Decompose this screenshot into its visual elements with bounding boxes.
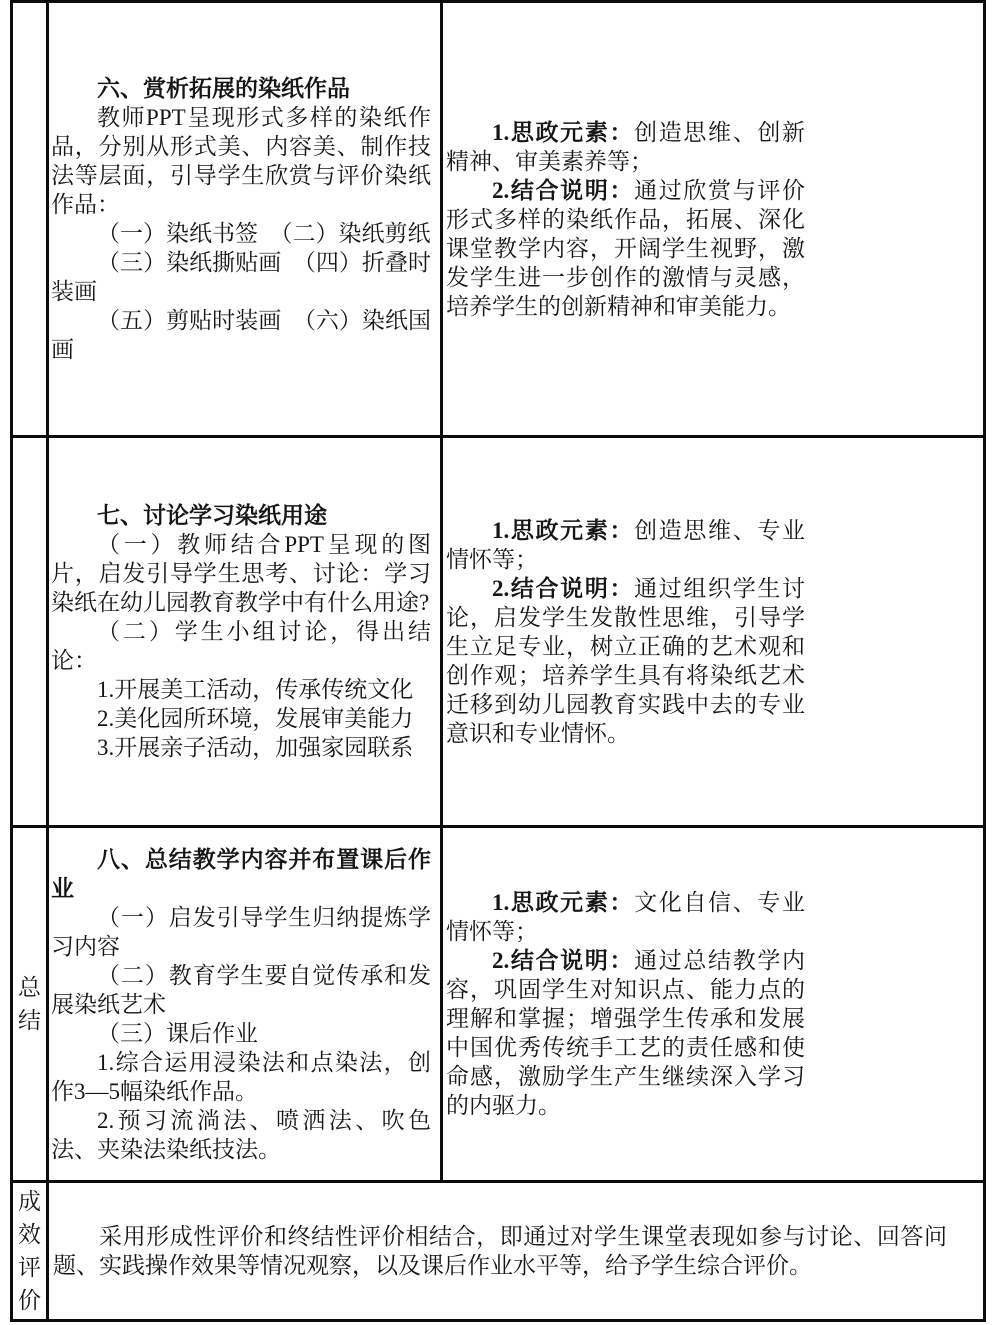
section-heading: 六、赏析拓展的染纸作品 xyxy=(51,74,431,103)
summary-row-label: 总结 xyxy=(18,971,41,1037)
sizheng-note-item: 2.结合说明：通过组织学生讨论，启发学生发散性思维，引导学生立足专业，树立正确的… xyxy=(446,574,805,748)
activity-cell-7: 七、讨论学习染纸用途 （一）教师结合PPT呈现的图片，启发引导学生思考、讨论：学… xyxy=(49,438,443,825)
activity-paragraph: 3.开展亲子活动，加强家园联系 xyxy=(51,733,431,762)
sizheng-cell-8: 1.思政元素：文化自信、专业情怀等； 2.结合说明：通过总结教学内容，巩固学生对… xyxy=(443,828,983,1180)
sizheng-element-item: 1.思政元素：创造思维、专业情怀等； xyxy=(446,516,805,574)
document-page: 六、赏析拓展的染纸作品 教师PPT呈现形式多样的染纸作品，分别从形式美、内容美、… xyxy=(0,0,993,1325)
activity-paragraph: 1.开展美工活动，传承传统文化 xyxy=(51,675,431,704)
sizheng-cell-7: 1.思政元素：创造思维、专业情怀等； 2.结合说明：通过组织学生讨论，启发学生发… xyxy=(443,438,983,825)
sizheng-element-label: 1.思政元素： xyxy=(492,890,634,915)
sizheng-note-label: 2.结合说明： xyxy=(492,178,634,203)
lesson-plan-table: 六、赏析拓展的染纸作品 教师PPT呈现形式多样的染纸作品，分别从形式美、内容美、… xyxy=(10,0,986,1322)
activity-paragraph: （一）染纸书签 （二）染纸剪纸 xyxy=(51,219,431,248)
activity-paragraph: （五）剪贴时装画 （六）染纸国画 xyxy=(51,306,431,364)
label-cell-empty-2 xyxy=(13,438,49,825)
table-row-activity-7: 七、讨论学习染纸用途 （一）教师结合PPT呈现的图片，启发引导学生思考、讨论：学… xyxy=(13,435,983,825)
activity-paragraph: （二）教育学生要自觉传承和发展染纸艺术 xyxy=(51,961,431,1019)
activity-paragraph: （二）学生小组讨论，得出结论： xyxy=(51,617,431,675)
sizheng-note-label: 2.结合说明： xyxy=(492,948,634,973)
activity-paragraph: （三）染纸撕贴画 （四）折叠时装画 xyxy=(51,248,431,306)
sizheng-note-label: 2.结合说明： xyxy=(492,576,634,601)
sizheng-note-text: 通过总结教学内容，巩固学生对知识点、能力点的理解和掌握；增强学生传承和发展中国优… xyxy=(446,948,805,1118)
label-cell-summary: 总结 xyxy=(13,828,49,1180)
section-heading: 七、讨论学习染纸用途 xyxy=(51,501,431,530)
label-cell-evaluation: 成效评价 xyxy=(13,1183,49,1319)
activity-paragraph: （一）启发引导学生归纳提炼学习内容 xyxy=(51,903,431,961)
label-cell-empty-1 xyxy=(13,3,49,435)
sizheng-element-item: 1.思政元素：文化自信、专业情怀等； xyxy=(446,888,805,946)
sizheng-cell-6: 1.思政元素：创造思维、创新精神、审美素养等； 2.结合说明：通过欣赏与评价形式… xyxy=(443,3,983,435)
activity-paragraph: 教师PPT呈现形式多样的染纸作品，分别从形式美、内容美、制作技法等层面，引导学生… xyxy=(51,103,431,219)
section-heading: 八、总结教学内容并布置课后作业 xyxy=(51,845,431,903)
table-row-evaluation: 成效评价 采用形成性评价和终结性评价相结合，即通过对学生课堂表现如参与讨论、回答… xyxy=(13,1180,983,1319)
sizheng-element-label: 1.思政元素： xyxy=(492,120,634,145)
sizheng-note-item: 2.结合说明：通过总结教学内容，巩固学生对知识点、能力点的理解和掌握；增强学生传… xyxy=(446,946,805,1120)
sizheng-note-text: 通过组织学生讨论，启发学生发散性思维，引导学生立足专业，树立正确的艺术观和创作观… xyxy=(446,576,805,746)
activity-cell-8: 八、总结教学内容并布置课后作业 （一）启发引导学生归纳提炼学习内容 （二）教育学… xyxy=(49,828,443,1180)
evaluation-text: 采用形成性评价和终结性评价相结合，即通过对学生课堂表现如参与讨论、回答问题、实践… xyxy=(53,1222,947,1280)
evaluation-cell: 采用形成性评价和终结性评价相结合，即通过对学生课堂表现如参与讨论、回答问题、实践… xyxy=(49,1183,983,1319)
sizheng-element-label: 1.思政元素： xyxy=(492,518,634,543)
activity-paragraph: 1.综合运用浸染法和点染法，创作3—5幅染纸作品。 xyxy=(51,1048,431,1106)
table-row-activity-8: 总结 八、总结教学内容并布置课后作业 （一）启发引导学生归纳提炼学习内容 （二）… xyxy=(13,825,983,1180)
activity-paragraph: 2.预习流淌法、喷洒法、吹色法、夹染法染纸技法。 xyxy=(51,1106,431,1164)
activity-paragraph: （三）课后作业 xyxy=(51,1019,431,1048)
activity-cell-6: 六、赏析拓展的染纸作品 教师PPT呈现形式多样的染纸作品，分别从形式美、内容美、… xyxy=(49,3,443,435)
evaluation-row-label: 成效评价 xyxy=(18,1185,41,1317)
table-row-activity-6: 六、赏析拓展的染纸作品 教师PPT呈现形式多样的染纸作品，分别从形式美、内容美、… xyxy=(13,3,983,435)
sizheng-element-item: 1.思政元素：创造思维、创新精神、审美素养等； xyxy=(446,118,805,176)
sizheng-note-item: 2.结合说明：通过欣赏与评价形式多样的染纸作品，拓展、深化课堂教学内容，开阔学生… xyxy=(446,176,805,321)
activity-paragraph: 2.美化园所环境，发展审美能力 xyxy=(51,704,431,733)
activity-paragraph: （一）教师结合PPT呈现的图片，启发引导学生思考、讨论：学习染纸在幼儿园教育教学… xyxy=(51,530,431,617)
